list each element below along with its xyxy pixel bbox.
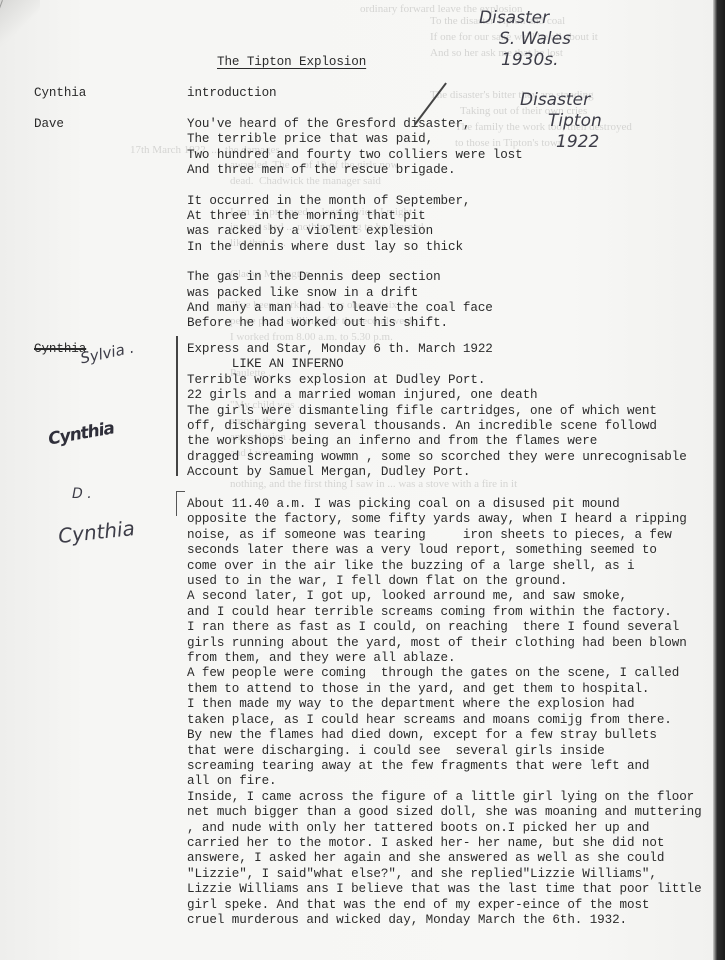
handwritten-speaker-d: D . [72,486,92,502]
newspaper-line: 22 girls and a married woman injured, on… [187,388,687,403]
account-line: girls running about the yard, most of th… [187,636,702,651]
account-line: opposite the factory, some fifty yards a… [187,512,702,527]
poem-line: You've heard of the Gresford disaster, [187,117,523,132]
account-line: cruel murderous and wicked day, Monday M… [187,913,702,928]
account-line: A second later, I got up, looked arround… [187,589,702,604]
poem-verses: You've heard of the Gresford disaster,Th… [187,117,523,332]
document-title: The Tipton Explosion [217,55,366,70]
poem-stanza: The gas in the Dennis deep sectionwas pa… [187,270,523,332]
account-line: from them, and they were all ablaze. [187,651,702,666]
note-line: 1930s. [479,50,571,71]
newspaper-line: the workshops being an inferno and from … [187,434,687,449]
account-line: net much bigger than a good sized doll, … [187,805,702,820]
poem-line: Before he had worked out his shift. [187,316,523,331]
handwritten-note-disaster-wales: Disaster S. Wales 1930s. [479,8,571,71]
scan-right-edge [713,0,725,960]
account-line: noise, as if someone was tearing iron sh… [187,528,702,543]
poem-line: In the dennis where dust lay so thick [187,240,523,255]
account-line: carried her to the motor. I asked her- h… [187,836,702,851]
handwritten-note-disaster-tipton: Disaster Tipton 1922 [520,90,602,153]
margin-bracket [176,491,185,516]
account-line: taken place, as I could hear screams and… [187,713,702,728]
poem-line: The terrible price that was paid, [187,132,523,147]
newspaper-line: Express and Star, Monday 6 th. March 192… [187,342,687,357]
poem-line: The gas in the Dennis deep section [187,270,523,285]
note-line: Disaster [479,8,571,29]
poem-stanza: You've heard of the Gresford disaster,Th… [187,117,523,179]
account-line: I then made my way to the department whe… [187,697,702,712]
newspaper-line: The girls were dismanteling fifle cartri… [187,404,687,419]
speaker-label: Cynthia [34,86,86,101]
newspaper-line: Account by Samuel Mergan, Dudley Port. [187,465,687,480]
newspaper-line: off, discharging several thousands. An i… [187,419,687,434]
poem-line: At three in the morning that pit [187,209,523,224]
account-line: Inside, I came across the figure of a li… [187,790,702,805]
account-line: About 11.40 a.m. I was picking coal on a… [187,497,702,512]
newspaper-excerpt: Express and Star, Monday 6 th. March 192… [187,342,687,481]
account-line: screaming tearing away at the few fragme… [187,759,702,774]
poem-line: And many a man had to leave the coal fac… [187,301,523,316]
poem-line: It occurred in the month of September, [187,194,523,209]
account-line: them to attend to those in the yard, and… [187,682,702,697]
note-line: Tipton [520,111,602,132]
account-line: and I could hear terrible screams coming… [187,605,702,620]
margin-rule [176,336,178,476]
note-line: Disaster [520,90,602,111]
poem-line: was racked by a violent explesion [187,224,523,239]
account-line: girl speke. And that was the end of my e… [187,898,702,913]
account-line: answere, I asked her again and she answe… [187,851,702,866]
account-line: A few people were coming through the gat… [187,666,702,681]
poem-line: was packed like snow in a drift [187,286,523,301]
page-corner-fold [0,0,40,60]
poem-line: And three men of the rescue brigade. [187,163,523,178]
stage-direction: introduction [187,86,277,101]
account-line: I ran there as fast as I could, on reach… [187,620,702,635]
account-line: come over in the air like the buzzing of… [187,559,702,574]
speaker-label: Dave [34,117,64,132]
account-line: , and nude with only her tattered boots … [187,821,702,836]
newspaper-line: dragged screaming wowmn , some so scorch… [187,450,687,465]
poem-stanza: It occurred in the month of September,At… [187,194,523,256]
eyewitness-account: About 11.40 a.m. I was picking coal on a… [187,497,702,928]
note-line: 1922 [520,132,602,153]
newspaper-line: Terrible works explosion at Dudley Port. [187,373,687,388]
account-line: By new the flames had died down, except … [187,728,702,743]
account-line: seconds later there was a very loud repo… [187,543,702,558]
account-line: Lizzie Williams ans I believe that was t… [187,882,702,897]
note-line: S. Wales [479,29,571,50]
account-line: all on fire. [187,774,702,789]
account-line: that were discharging. i could see sever… [187,744,702,759]
poem-line: Two hundred and fourty two colliers were… [187,148,523,163]
account-line: used to in the war, I fell down flat on … [187,574,702,589]
account-line: "Lizzie", I said"what else?", and she re… [187,867,702,882]
newspaper-line: LIKE AN INFERNO [187,357,687,372]
